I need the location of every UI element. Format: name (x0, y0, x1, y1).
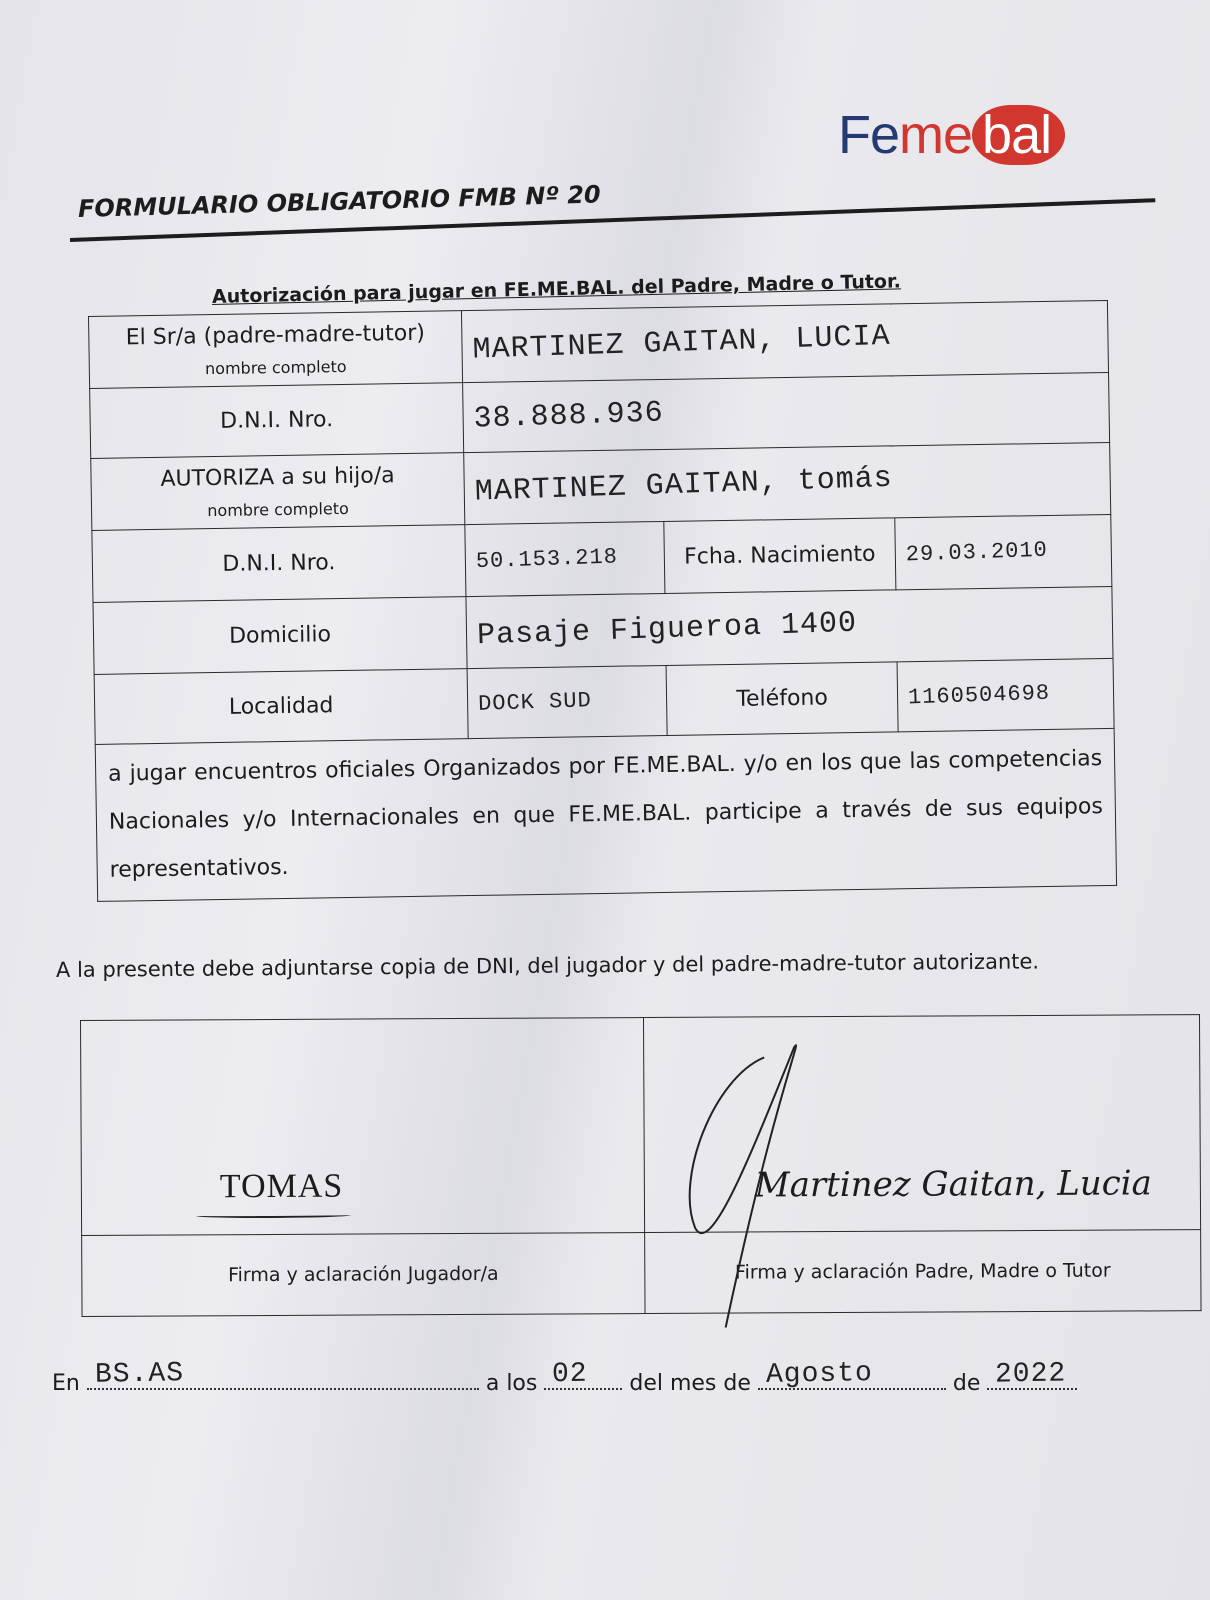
child-name-value: MARTINEZ GAITAN, tomás (474, 461, 893, 509)
locality-field[interactable]: DOCK SUD (467, 665, 667, 738)
logo-bal: bal (972, 105, 1065, 165)
tutor-name-label: El Sr/a (padre-madre-tutor) nombre compl… (89, 311, 463, 389)
logo-fe: Fe (838, 105, 899, 165)
tutor-name-field[interactable]: MARTINEZ GAITAN, LUCIA (461, 300, 1108, 382)
phone-value: 1160504698 (908, 681, 1051, 711)
form-subtitle: Autorización para jugar en FE.ME.BAL. de… (212, 270, 901, 308)
logo-me: me (899, 105, 972, 165)
day-field[interactable]: 02 (544, 1368, 622, 1390)
address-value: Pasaje Figueroa 1400 (477, 606, 858, 653)
tutor-name-sublabel: nombre completo (100, 355, 452, 380)
day-value: 02 (552, 1359, 588, 1391)
femebal-logo: Femebal (838, 104, 1065, 166)
tutor-signature: Martinez Gaitan, Lucia (755, 1163, 1152, 1205)
phone-label: Teléfono (666, 662, 898, 736)
phone-field[interactable]: 1160504698 (897, 658, 1114, 731)
a-los-label: a los (486, 1371, 538, 1396)
locality-value: DOCK SUD (478, 688, 592, 717)
tutor-dni-value: 38.888.936 (473, 396, 664, 436)
birth-date-field[interactable]: 29.03.2010 (895, 514, 1112, 589)
birth-date-value: 29.03.2010 (905, 538, 1048, 568)
address-label: Domicilio (93, 597, 467, 675)
tutor-name-value: MARTINEZ GAITAN, LUCIA (472, 319, 891, 367)
year-field[interactable]: 2022 (987, 1368, 1077, 1390)
child-name-field[interactable]: MARTINEZ GAITAN, tomás (464, 442, 1111, 524)
child-dni-label: D.N.I. Nro. (92, 525, 466, 603)
year-label: de (953, 1371, 981, 1396)
address-field[interactable]: Pasaje Figueroa 1400 (466, 586, 1113, 668)
signature-table: TOMAS Martinez Gaitan, Lucia Firma y acl… (80, 1014, 1202, 1317)
row-authorization-text: a jugar encuentros oficiales Organizados… (95, 728, 1116, 901)
child-dni-value: 50.153.218 (476, 544, 619, 574)
player-signature-box[interactable]: TOMAS (81, 1018, 645, 1236)
month-label: del mes de (629, 1371, 751, 1396)
date-place-line: En BS.AS a los 02 del mes de Agosto de 2… (52, 1368, 1077, 1396)
form-title: FORMULARIO OBLIGATORIO FMB Nº 20 (78, 180, 601, 223)
place-field[interactable]: BS.AS (87, 1368, 479, 1390)
child-name-label: AUTORIZA a su hijo/a nombre completo (91, 453, 465, 531)
tutor-dni-label: D.N.I. Nro. (90, 383, 464, 459)
tutor-dni-field[interactable]: 38.888.936 (463, 372, 1110, 452)
authorization-text: a jugar encuentros oficiales Organizados… (95, 728, 1116, 901)
birth-date-label: Fcha. Nacimiento (664, 518, 896, 594)
child-dni-field[interactable]: 50.153.218 (465, 521, 665, 596)
authorization-table: El Sr/a (padre-madre-tutor) nombre compl… (88, 300, 1117, 902)
attachment-note: A la presente debe adjuntarse copia de D… (56, 949, 1039, 982)
place-value: BS.AS (95, 1358, 185, 1391)
player-signature-caption: Firma y aclaración Jugador/a (82, 1233, 645, 1317)
locality-label: Localidad (94, 669, 468, 745)
month-value: Agosto (766, 1358, 873, 1391)
year-value: 2022 (995, 1358, 1067, 1390)
player-signature: TOMAS (220, 1168, 344, 1207)
en-label: En (52, 1371, 80, 1396)
child-name-sublabel: nombre completo (102, 497, 454, 522)
month-field[interactable]: Agosto (758, 1368, 946, 1390)
tutor-signature-box[interactable]: Martinez Gaitan, Lucia (643, 1015, 1200, 1233)
